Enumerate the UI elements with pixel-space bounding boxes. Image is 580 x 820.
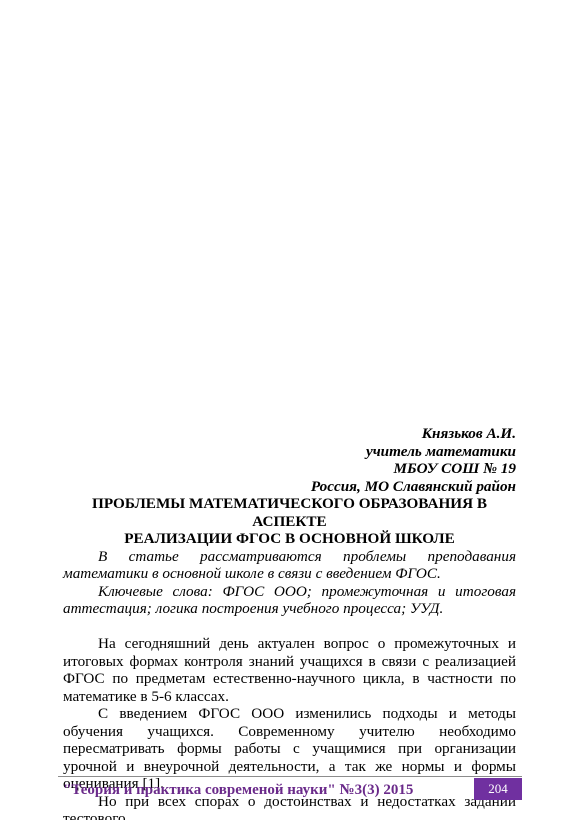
article-content: Князьков А.И. учитель математики МБОУ СО… (63, 425, 516, 820)
article-title-line-2: РЕАЛИЗАЦИИ ФГОС В ОСНОВНОЙ ШКОЛЕ (63, 530, 516, 548)
article-title-line-1: ПРОБЛЕМЫ МАТЕМАТИЧЕСКОГО ОБРАЗОВАНИЯ В А… (63, 495, 516, 530)
footer-divider (58, 776, 522, 777)
author-school: МБОУ СОШ № 19 (63, 460, 516, 478)
author-position: учитель математики (63, 443, 516, 461)
author-name: Князьков А.И. (63, 425, 516, 443)
author-location: Россия, МО Славянский район (63, 478, 516, 496)
page-number: 204 (474, 778, 522, 800)
body-paragraph: На сегодняшний день актуален вопрос о пр… (63, 635, 516, 705)
spacer (63, 618, 516, 636)
footer-journal-title: "Теория и практика современой науки" №3(… (63, 782, 413, 799)
article-abstract: В статье рассматриваются проблемы препод… (63, 548, 516, 583)
article-keywords: Ключевые слова: ФГОС ООО; промежуточная … (63, 583, 516, 618)
document-page: Князьков А.И. учитель математики МБОУ СО… (0, 0, 580, 820)
body-paragraph: С введением ФГОС ООО изменились подходы … (63, 705, 516, 793)
